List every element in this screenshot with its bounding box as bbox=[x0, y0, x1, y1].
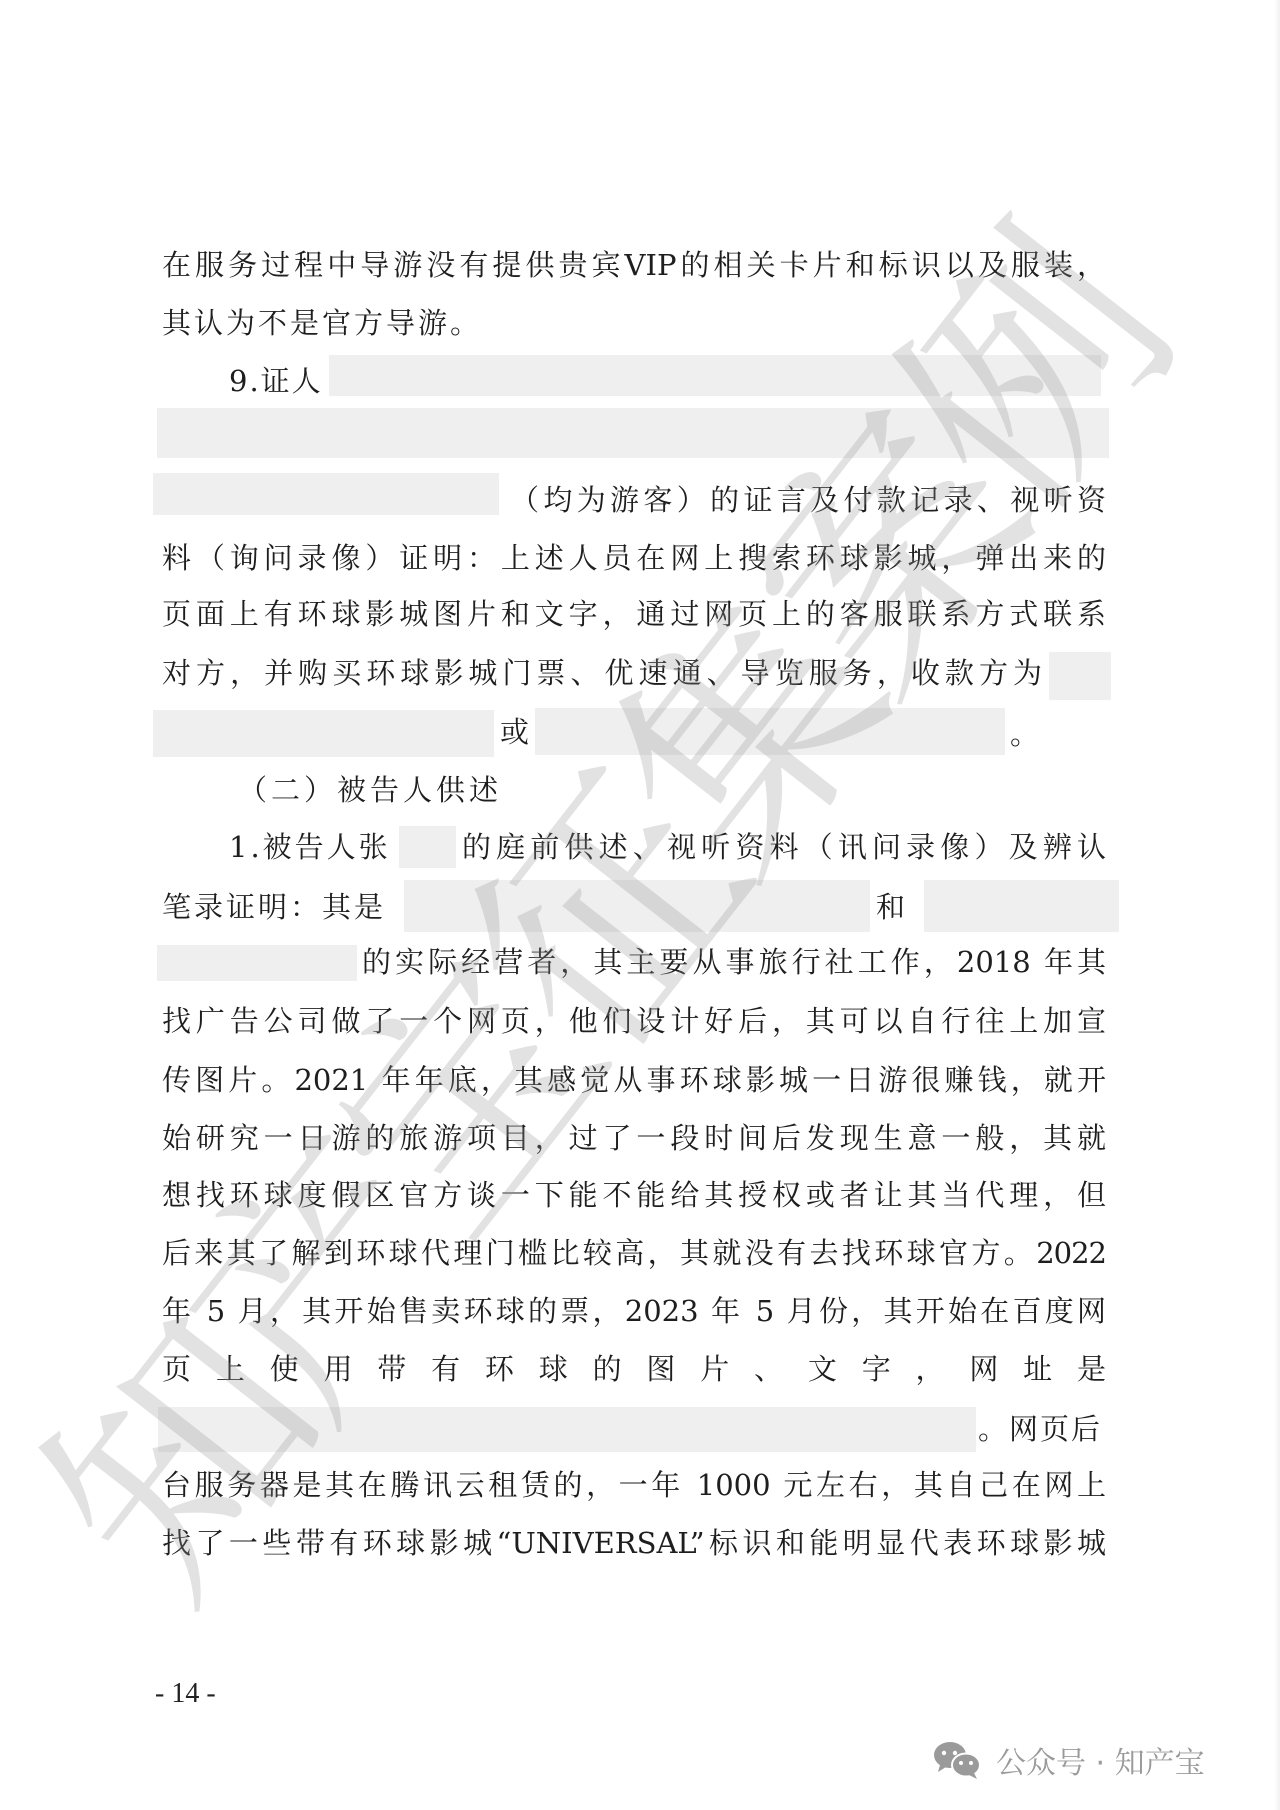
redaction-block bbox=[157, 945, 357, 981]
page-edge bbox=[1274, 0, 1280, 1810]
text-line: 料（询问录像）证明：上述人员在网上搜索环球影城，弹出来的 bbox=[162, 536, 1106, 580]
text-line: 。 bbox=[1010, 712, 1039, 756]
redaction-block bbox=[924, 880, 1119, 932]
document-page: 在服务过程中导游没有提供贵宾VIP的相关卡片和标识以及服装， 其认为不是官方导游… bbox=[0, 0, 1280, 1810]
redaction-block bbox=[329, 355, 1101, 396]
redaction-block bbox=[1049, 652, 1111, 700]
redaction-block bbox=[399, 826, 456, 868]
footer-label: 公众号 · 知产宝 bbox=[996, 1738, 1205, 1782]
text-line: 或 bbox=[500, 710, 529, 754]
text-line: 在服务过程中导游没有提供贵宾VIP的相关卡片和标识以及服装， bbox=[162, 243, 1106, 287]
section-heading: （二）被告人供述 bbox=[238, 768, 502, 812]
text-line: 传图片。2021 年年底，其感觉从事环球影城一日游很赚钱，就开 bbox=[162, 1058, 1106, 1102]
page-number: - 14 - bbox=[155, 1675, 216, 1713]
text-line: 后来其了解到环球代理门槛比较高，其就没有去找环球官方。2022 bbox=[162, 1231, 1106, 1275]
text-line: 9.证人 bbox=[229, 359, 323, 403]
text-line: 页上使用带有环球的图片、文字，网址是 bbox=[162, 1347, 1106, 1391]
text-line: 页面上有环球影城图片和文字，通过网页上的客服联系方式联系 bbox=[162, 592, 1106, 636]
text-line: 台服务器是其在腾讯云租赁的，一年 1000 元左右，其自己在网上 bbox=[162, 1463, 1106, 1507]
text-line: 。网页后 bbox=[978, 1407, 1102, 1451]
text-line: 想找环球度假区官方谈一下能不能给其授权或者让其当代理，但 bbox=[162, 1173, 1106, 1217]
text-line: 对方，并购买环球影城门票、优速通、导览服务，收款方为 bbox=[162, 651, 1042, 695]
text-line: 始研究一日游的旅游项目，过了一段时间后发现生意一般，其就 bbox=[162, 1116, 1106, 1160]
redaction-block bbox=[153, 710, 494, 757]
redaction-block bbox=[404, 880, 870, 932]
redaction-block bbox=[153, 473, 499, 515]
text-line: （均为游客）的证言及付款记录、视听资 bbox=[510, 478, 1106, 522]
text-line: 年 5 月，其开始售卖环球的票，2023 年 5 月份，其开始在百度网 bbox=[162, 1289, 1106, 1333]
text-line: 找了一些带有环球影城“UNIVERSAL”标识和能明显代表环球影城 bbox=[162, 1521, 1106, 1565]
redaction-block bbox=[157, 408, 1109, 458]
text-line: 的实际经营者，其主要从事旅行社工作，2018 年其 bbox=[362, 940, 1106, 984]
text-line: 1.被告人张 bbox=[229, 825, 391, 869]
wechat-icon bbox=[932, 1739, 982, 1781]
text-line: 的庭前供述、视听资料（讯问录像）及辨认 bbox=[462, 825, 1106, 869]
text-line: 和 bbox=[876, 885, 905, 929]
text-line: 笔录证明：其是 bbox=[162, 885, 386, 929]
text-line: 其认为不是官方导游。 bbox=[162, 301, 482, 345]
redaction-block bbox=[535, 708, 1005, 755]
text-line: 找广告公司做了一个网页，他们设计好后，其可以自行往上加宣 bbox=[162, 999, 1106, 1043]
wechat-footer: 公众号 · 知产宝 bbox=[932, 1735, 1205, 1785]
redaction-block bbox=[158, 1407, 976, 1452]
